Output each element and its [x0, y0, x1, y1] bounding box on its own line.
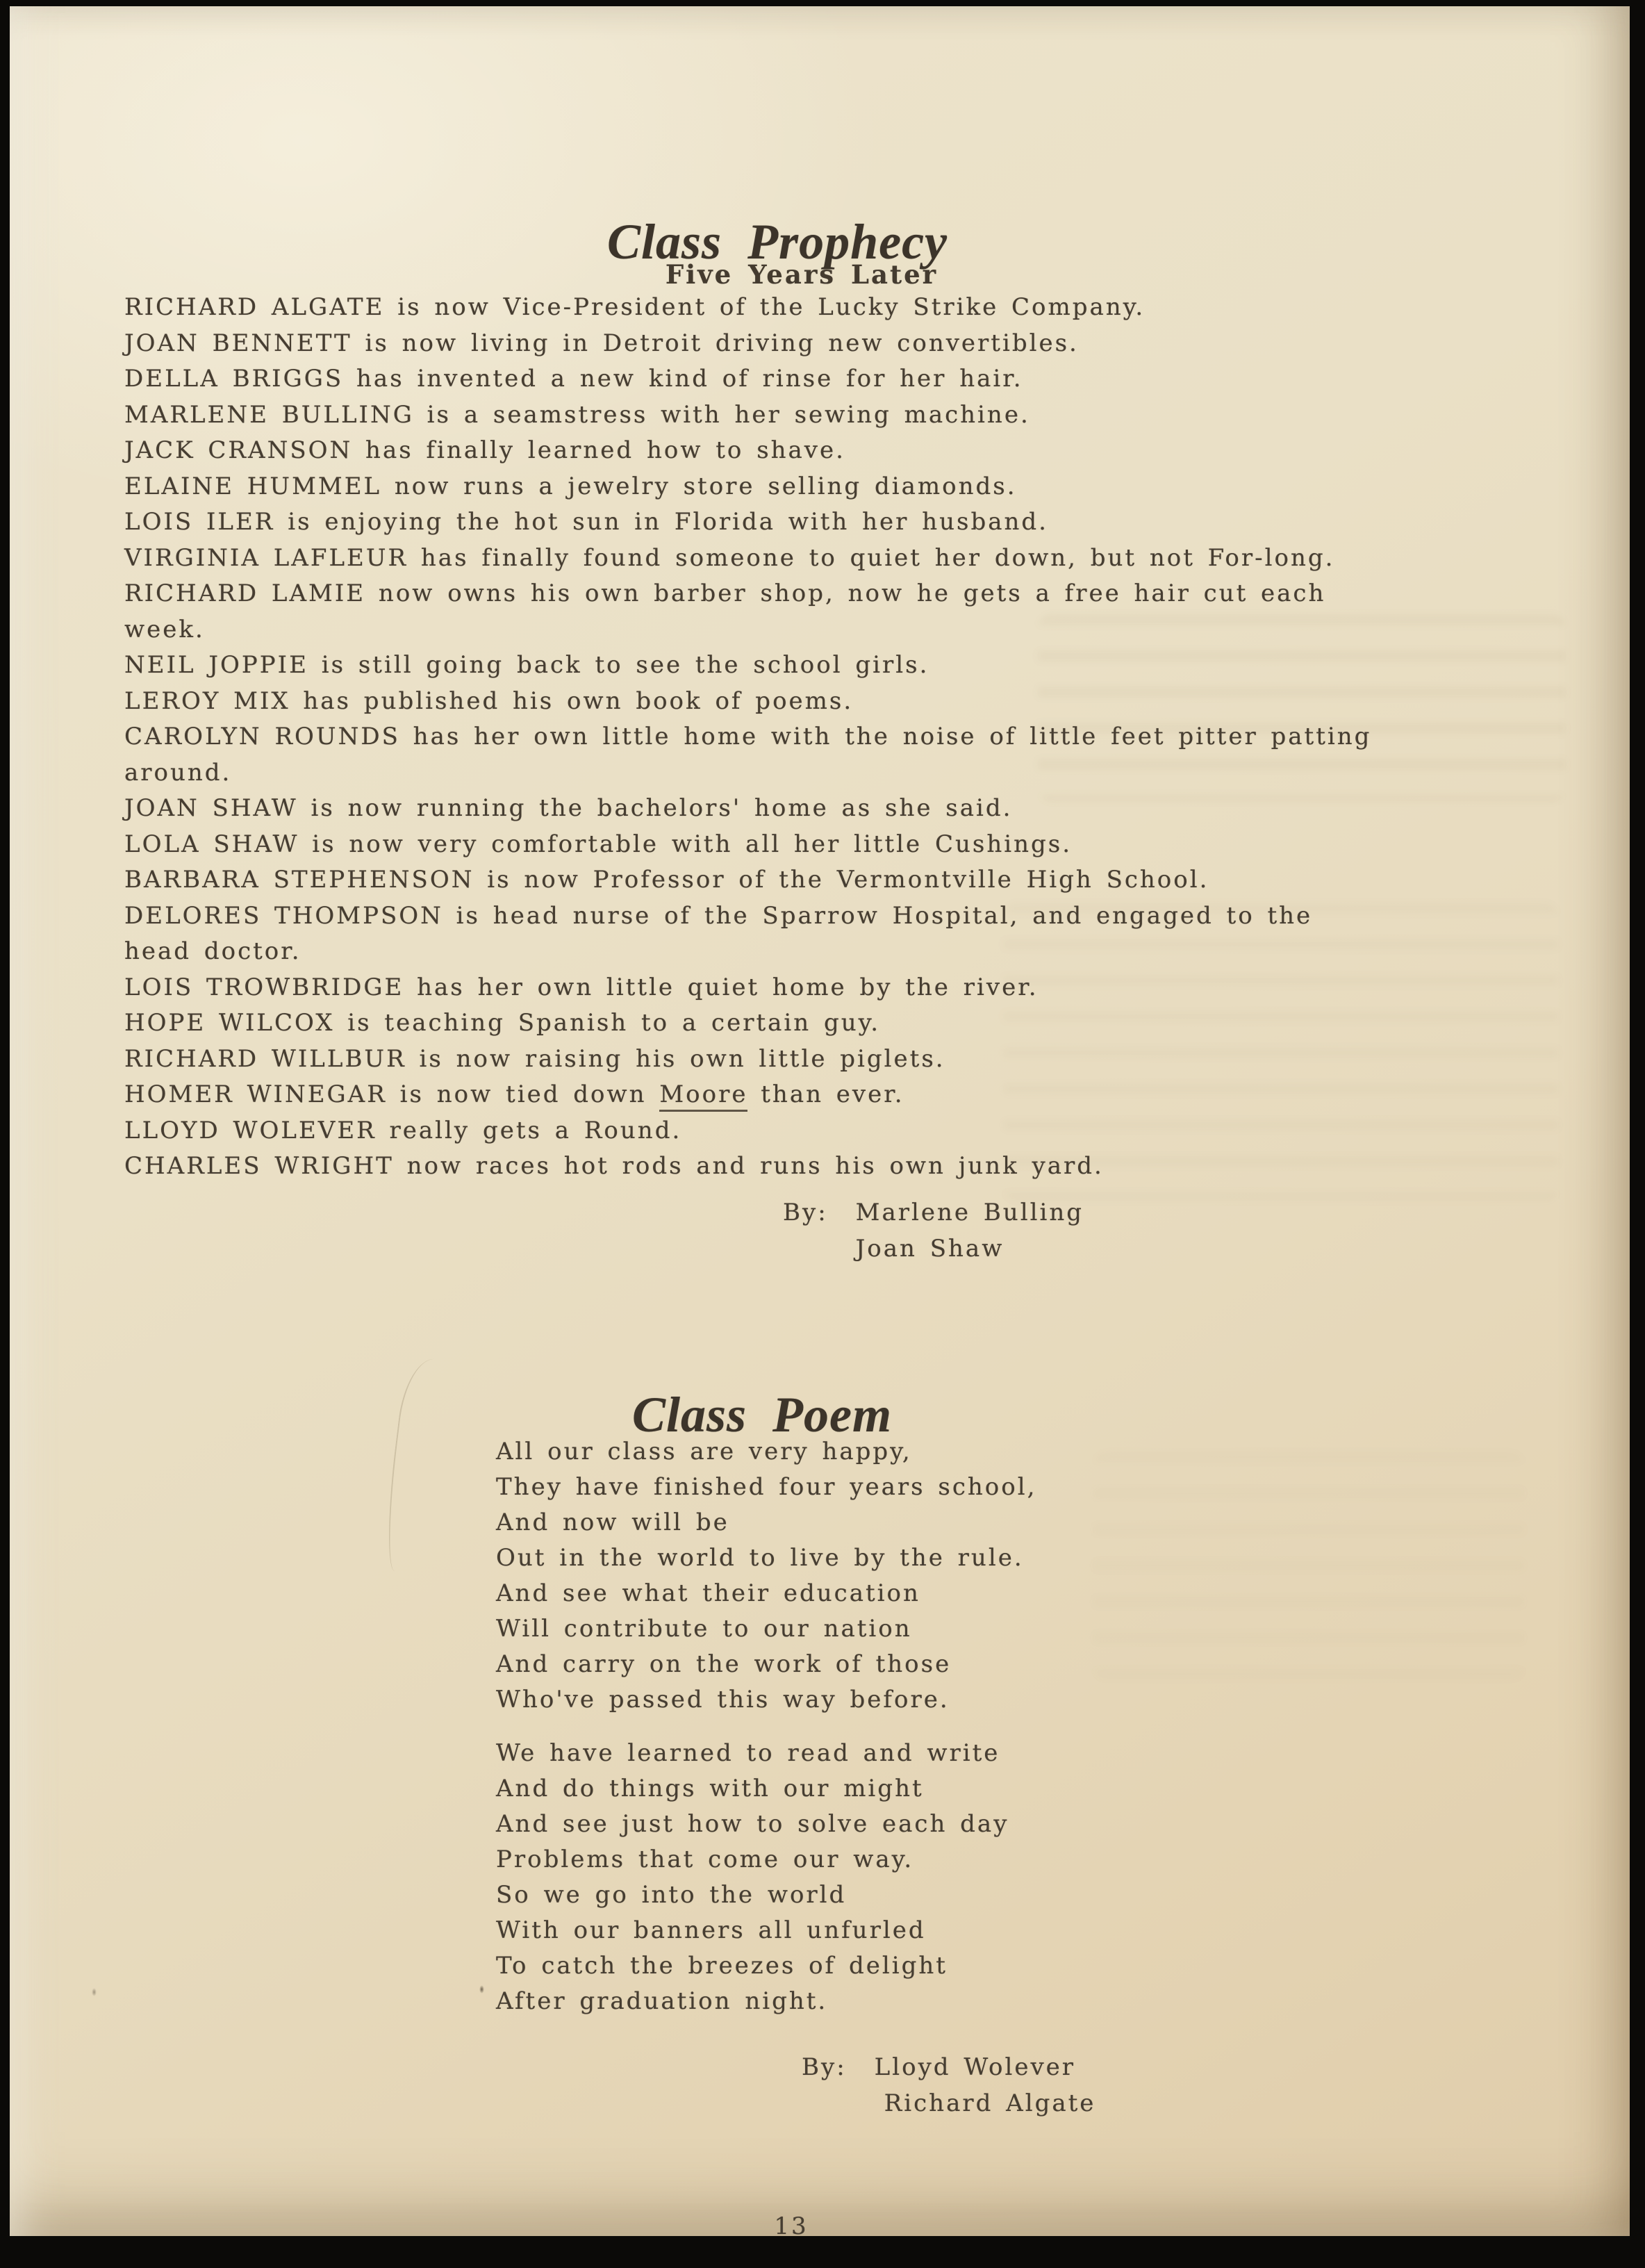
prophecy-line: JACK CRANSON has finally learned how to … — [124, 433, 1371, 469]
ink-speck — [479, 1985, 484, 1994]
prophecy-lines: RICHARD ALGATE is now Vice-President of … — [124, 290, 1371, 1185]
prophecy-line-text: JOAN SHAW is now running the bachelors' … — [124, 794, 1012, 822]
prophecy-line: head doctor. — [124, 934, 1371, 970]
prophecy-line-text: around. — [124, 759, 231, 787]
poem-line: Will contribute to our nation — [496, 1611, 1036, 1647]
prophecy-line-text: LOIS TROWBRIDGE has her own little quiet… — [124, 973, 1039, 1001]
prophecy-byline-label: By: — [783, 1195, 828, 1231]
prophecy-line-text: LOLA SHAW is now very comfortable with a… — [124, 830, 1072, 858]
prophecy-line: NEIL JOPPIE is still going back to see t… — [124, 648, 1371, 684]
prophecy-line: CAROLYN ROUNDS has her own little home w… — [124, 719, 1371, 755]
poem-line: Who've passed this way before. — [496, 1682, 1036, 1718]
prophecy-line-text: CHARLES WRIGHT now races hot rods and ru… — [124, 1152, 1104, 1180]
poem-stanza-2: We have learned to read and writeAnd do … — [496, 1736, 1009, 2019]
prophecy-line-text: LOIS ILER is enjoying the hot sun in Flo… — [124, 508, 1048, 536]
poem-line: And see what their education — [496, 1576, 1036, 1611]
prophecy-line-text: HOPE WILCOX is teaching Spanish to a cer… — [124, 1009, 880, 1037]
poem-author: Richard Algate — [884, 2086, 1096, 2122]
poem-line: All our class are very happy, — [496, 1434, 1036, 1470]
poem-byline-label: By: — [802, 2050, 847, 2086]
poem-byline: By: Lloyd Wolever Richard Algate — [802, 2050, 1096, 2121]
poem-line: And carry on the work of those — [496, 1647, 1036, 1682]
prophecy-line-text: RICHARD WILLBUR is now raising his own l… — [124, 1045, 945, 1073]
prophecy-line: JOAN BENNETT is now living in Detroit dr… — [124, 326, 1371, 362]
prophecy-line: HOMER WINEGAR is now tied down Moore tha… — [124, 1077, 1371, 1113]
prophecy-line-text: DELORES THOMPSON is head nurse of the Sp… — [124, 902, 1312, 930]
prophecy-line-text: RICHARD ALGATE is now Vice-President of … — [124, 293, 1145, 321]
prophecy-line-text: VIRGINIA LAFLEUR has finally found someo… — [124, 544, 1334, 572]
prophecy-line: DELLA BRIGGS has invented a new kind of … — [124, 361, 1371, 397]
prophecy-author: Marlene Bulling — [856, 1195, 1084, 1231]
prophecy-line: LOIS ILER is enjoying the hot sun in Flo… — [124, 504, 1371, 541]
poem-stanza-1: All our class are very happy,They have f… — [496, 1434, 1036, 1718]
prophecy-line: around. — [124, 755, 1371, 791]
prophecy-line: MARLENE BULLING is a seamstress with her… — [124, 397, 1371, 434]
prophecy-line-text: DELLA BRIGGS has invented a new kind of … — [124, 365, 1023, 393]
prophecy-line-text: than ever. — [747, 1080, 904, 1108]
prophecy-line: ELAINE HUMMEL now runs a jewelry store s… — [124, 469, 1371, 505]
prophecy-line: DELORES THOMPSON is head nurse of the Sp… — [124, 898, 1371, 935]
prophecy-line: RICHARD LAMIE now owns his own barber sh… — [124, 576, 1371, 612]
prophecy-line: LOLA SHAW is now very comfortable with a… — [124, 827, 1371, 863]
prophecy-line-text: LLOYD WOLEVER really gets a Round. — [124, 1117, 681, 1144]
prophecy-line: BARBARA STEPHENSON is now Professor of t… — [124, 862, 1371, 898]
prophecy-line-text: MARLENE BULLING is a seamstress with her… — [124, 401, 1030, 429]
prophecy-author: Joan Shaw — [856, 1231, 1084, 1267]
prophecy-line: LEROY MIX has published his own book of … — [124, 684, 1371, 720]
poem-line: To catch the breezes of delight — [496, 1948, 1009, 1984]
poem-line: So we go into the world — [496, 1877, 1009, 1913]
prophecy-byline-names: Marlene Bulling Joan Shaw — [856, 1195, 1084, 1267]
reverse-print-showthrough — [1093, 1452, 1524, 1681]
poem-line: With our banners all unfurled — [496, 1913, 1009, 1948]
poem-line: They have finished four years school, — [496, 1470, 1036, 1505]
paper-crease — [380, 1356, 454, 1575]
prophecy-line-text: head doctor. — [124, 937, 301, 965]
poem-line: And do things with our might — [496, 1771, 1009, 1807]
prophecy-line-text: CAROLYN ROUNDS has her own little home w… — [124, 723, 1371, 750]
underlined-word: Moore — [659, 1080, 747, 1112]
poem-line: Problems that come our way. — [496, 1842, 1009, 1877]
yearbook-page-paper: Class Prophecy Five Years Later RICHARD … — [10, 6, 1630, 2236]
page-number: 13 — [774, 2209, 808, 2244]
prophecy-line: RICHARD WILLBUR is now raising his own l… — [124, 1042, 1371, 1078]
prophecy-line-text: ELAINE HUMMEL now runs a jewelry store s… — [124, 472, 1017, 500]
prophecy-line-text: NEIL JOPPIE is still going back to see t… — [124, 651, 929, 679]
prophecy-byline: By: Marlene Bulling Joan Shaw — [783, 1195, 1084, 1267]
prophecy-line: VIRGINIA LAFLEUR has finally found someo… — [124, 541, 1371, 577]
poem-line: After graduation night. — [496, 1984, 1009, 2019]
poem-line: We have learned to read and write — [496, 1736, 1009, 1771]
prophecy-line-text: RICHARD LAMIE now owns his own barber sh… — [124, 580, 1325, 607]
prophecy-line: RICHARD ALGATE is now Vice-President of … — [124, 290, 1371, 326]
poem-line: Out in the world to live by the rule. — [496, 1540, 1036, 1576]
prophecy-line-text: JACK CRANSON has finally learned how to … — [124, 436, 845, 464]
prophecy-line: JOAN SHAW is now running the bachelors' … — [124, 791, 1371, 827]
scanned-yearbook-page: { "prophecy": { "title": "Class Prophecy… — [0, 0, 1645, 2268]
prophecy-line: CHARLES WRIGHT now races hot rods and ru… — [124, 1149, 1371, 1185]
prophecy-line: week. — [124, 612, 1371, 648]
prophecy-line-text: HOMER WINEGAR is now tied down — [124, 1080, 659, 1108]
prophecy-line: LLOYD WOLEVER really gets a Round. — [124, 1113, 1371, 1149]
poem-author: Lloyd Wolever — [875, 2050, 1096, 2086]
prophecy-line: LOIS TROWBRIDGE has her own little quiet… — [124, 970, 1371, 1006]
prophecy-line-text: JOAN BENNETT is now living in Detroit dr… — [124, 329, 1079, 357]
prophecy-line-text: week. — [124, 616, 205, 643]
ink-speck — [92, 1988, 97, 1996]
prophecy-line-text: BARBARA STEPHENSON is now Professor of t… — [124, 866, 1209, 894]
prophecy-line: HOPE WILCOX is teaching Spanish to a cer… — [124, 1005, 1371, 1042]
prophecy-subtitle: Five Years Later — [666, 259, 938, 290]
poem-line: And now will be — [496, 1505, 1036, 1540]
poem-byline-names: Lloyd Wolever Richard Algate — [875, 2050, 1096, 2121]
poem-line: And see just how to solve each day — [496, 1807, 1009, 1842]
prophecy-line-text: LEROY MIX has published his own book of … — [124, 687, 853, 715]
